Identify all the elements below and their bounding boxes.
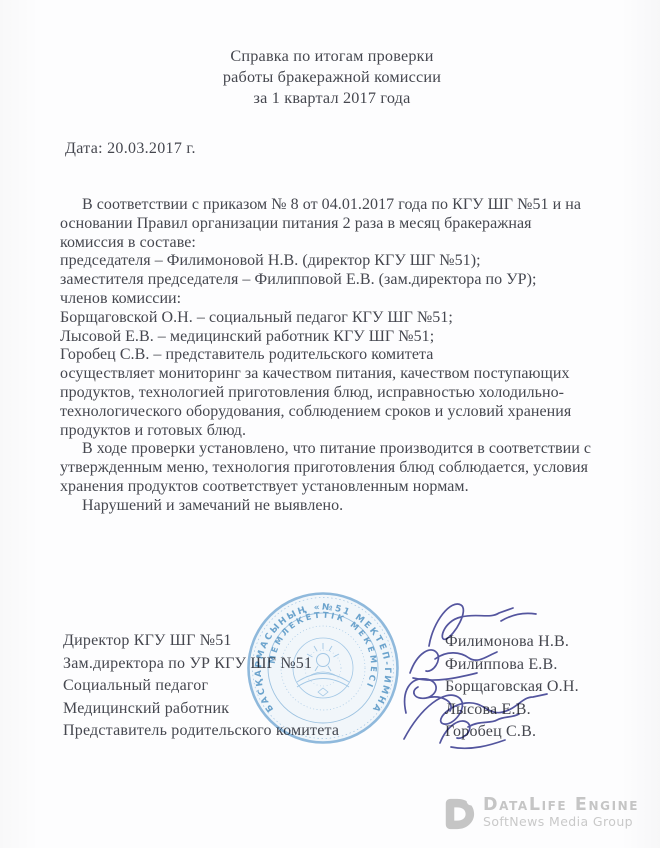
body-line: В соответствии с приказом № 8 от 04.01.2…	[60, 196, 635, 215]
body-line: основании Правил организации питания 2 р…	[60, 215, 635, 234]
signature-stroke-gorobets	[440, 714, 519, 748]
watermark-subtitle: SoftNews Media Group	[483, 815, 639, 829]
signature-stroke-filippova	[410, 650, 497, 680]
body-line: Борщаговской О.Н. – социальный педагог К…	[60, 309, 635, 328]
body-line: утвержденным меню, технология приготовле…	[60, 459, 635, 478]
handwritten-signatures	[393, 593, 568, 763]
body-line: технологического оборудования, соблюдени…	[60, 403, 635, 422]
body-line: комиссия в составе:	[60, 234, 635, 253]
body-line: В ходе проверки установлено, что питание…	[60, 440, 635, 459]
document-body: В соответствии с приказом № 8 от 04.01.2…	[60, 196, 635, 516]
body-line: осуществляет мониторинг за качеством пит…	[60, 365, 635, 384]
body-line: Нарушений и замечаний не выявлено.	[60, 497, 635, 516]
document-title: Справка по итогам проверки работы бракер…	[0, 46, 660, 109]
round-stamp-icon: БАСҚАРМАСЫНЫҢ «№51 МЕКТЕП-ГИМНАЗИЯСЫ» МЕ…	[244, 589, 402, 747]
scanned-document-page: Справка по итогам проверки работы бракер…	[0, 0, 660, 848]
body-line: председателя – Филимоновой Н.В. (директо…	[60, 252, 635, 271]
body-line: продуктов и готовых блюд.	[60, 422, 635, 441]
signature-stroke-filimonova	[429, 604, 536, 646]
body-line: Лысовой Е.В. – медицинский работник КГУ …	[60, 328, 635, 347]
signature-stroke-lysova	[404, 694, 547, 739]
title-line-2: работы бракеражной комиссии	[4, 67, 660, 88]
body-line: заместителя председателя – Филипповой Е.…	[60, 271, 635, 290]
title-line-3: за 1 квартал 2017 года	[4, 88, 660, 109]
body-line: членов комиссии:	[60, 290, 635, 309]
datalife-logo-icon	[442, 796, 476, 832]
watermark-brand: DataLife Engine	[483, 796, 639, 815]
body-line: Горобец С.В. – представитель родительско…	[60, 346, 635, 365]
watermark: DataLife Engine SoftNews Media Group	[442, 796, 639, 832]
body-line: продуктов, технологией приготовления блю…	[60, 384, 635, 403]
body-line: хранения продуктов соответствует установ…	[60, 478, 635, 497]
date-line: Дата: 20.03.2017 г.	[65, 140, 196, 158]
title-line-1: Справка по итогам проверки	[4, 46, 660, 67]
watermark-text: DataLife Engine SoftNews Media Group	[483, 796, 639, 829]
